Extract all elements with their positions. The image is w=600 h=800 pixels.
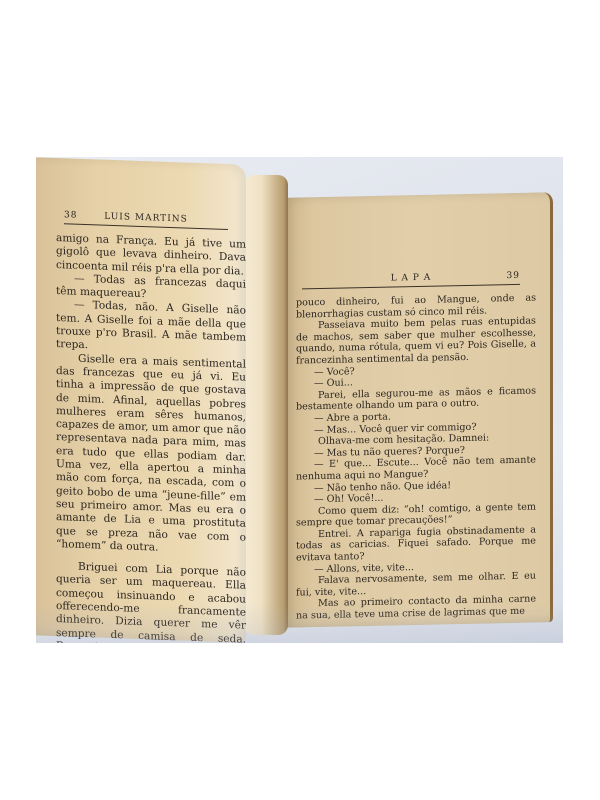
left-page: 38 LUIS MARTINS amigo na França. Eu já t… (36, 157, 246, 642)
paragraph: Entrei. A rapariga fugia obstinadamente … (296, 524, 536, 564)
right-page-text: pouco dinheiro, fui ao Mangue, onde as b… (296, 293, 536, 623)
surface-shadow (36, 603, 563, 643)
book-photo: L A P A 39 pouco dinheiro, fui ao Mangue… (36, 157, 563, 643)
book-gutter (244, 175, 288, 635)
paragraph: Passeiava muito bem pelas ruas entupidas… (296, 316, 536, 367)
right-running-head: L A P A 39 (302, 271, 520, 290)
left-page-text: amigo na França. Eu já tive um gigolô qu… (56, 232, 246, 643)
paragraph: Giselle era a mais sentimental das franc… (56, 352, 246, 558)
left-page-header-title: LUIS MARTINS (64, 210, 228, 226)
right-page: L A P A 39 pouco dinheiro, fui ao Mangue… (282, 192, 553, 628)
paragraph: amigo na França. Eu já tive um gigolô qu… (56, 232, 246, 279)
right-page-number: 39 (507, 271, 520, 281)
right-page-header-title: L A P A (302, 271, 520, 286)
paragraph: — Todas, não. A Giselle não tem. A Gisel… (56, 299, 246, 359)
left-page-number: 38 (64, 210, 77, 220)
left-running-head: 38 LUIS MARTINS (64, 210, 228, 230)
